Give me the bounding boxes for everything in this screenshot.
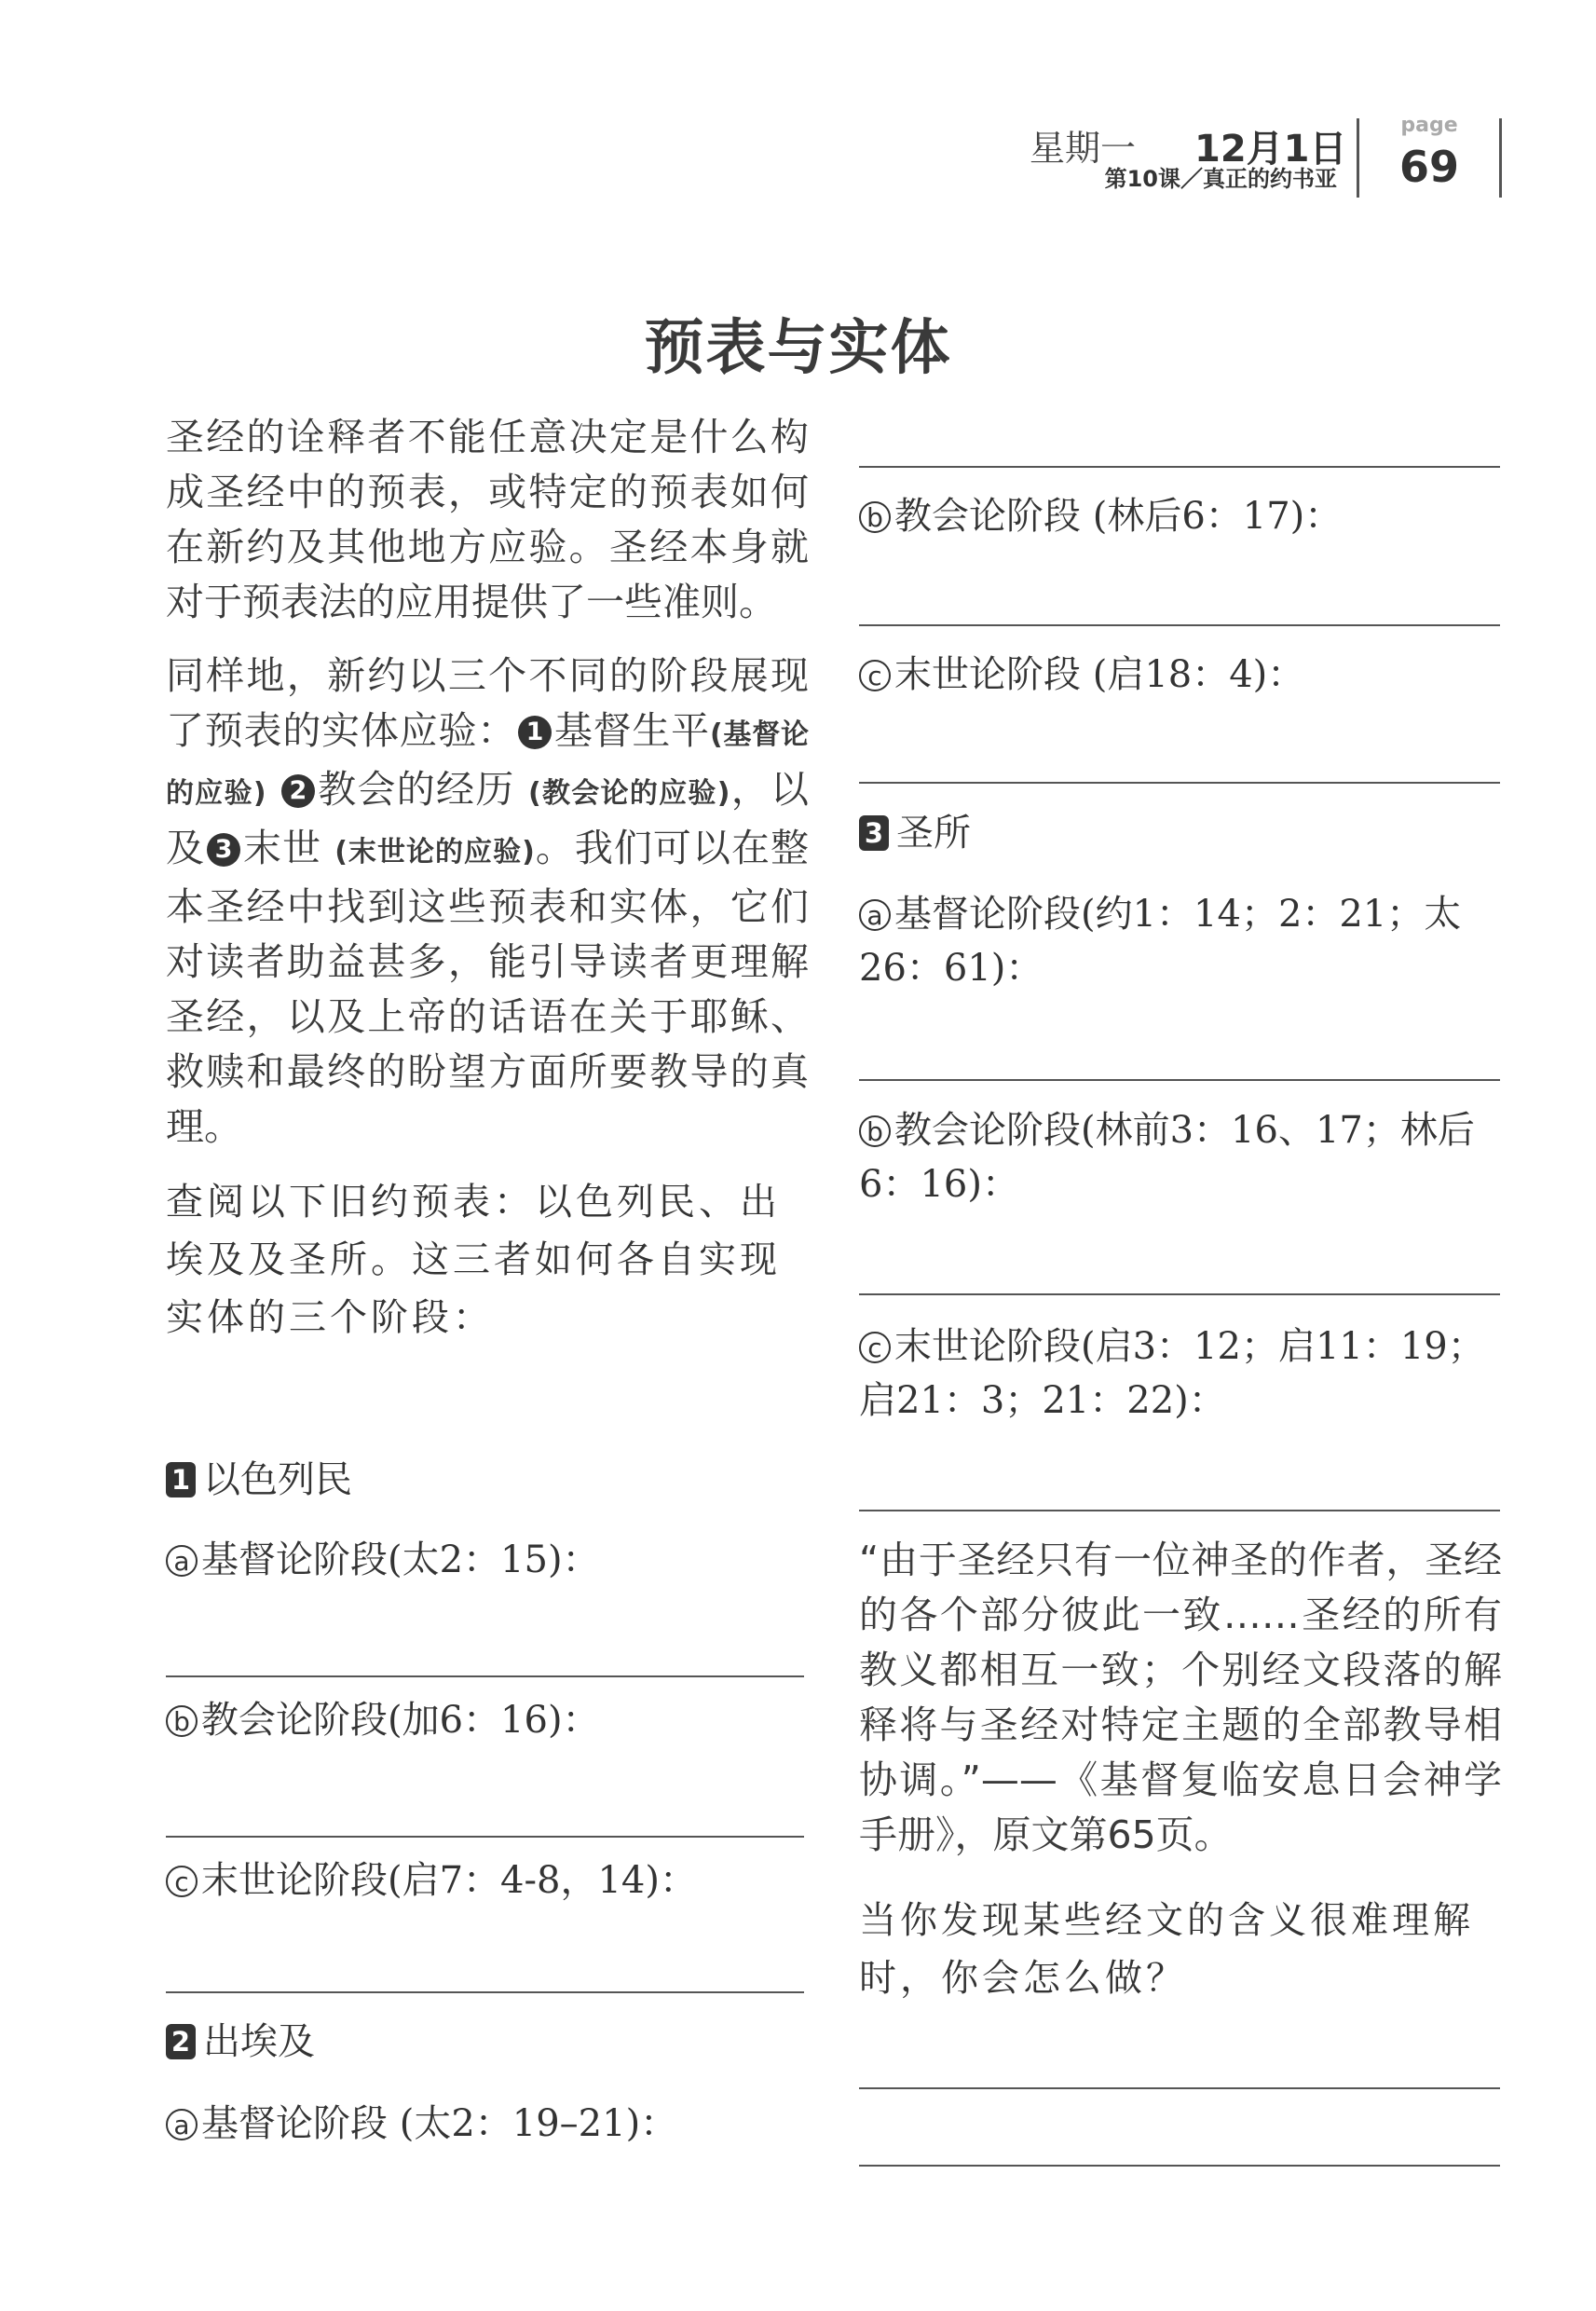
prompt-text: 教会论阶段(林前3：16、17；林后6：16)：	[859, 1109, 1475, 1206]
section-heading-text: 圣所	[896, 807, 971, 859]
letter-badge: b	[859, 1115, 891, 1147]
intro-paragraph: 圣经的诠释者不能任意决定是什么构成圣经中的预表，或特定的预表如何在新约及其他地方…	[166, 410, 809, 630]
stage-2-note: (教会论的应验)	[528, 777, 730, 810]
prompt-3a: a基督论阶段(约1：14；2：21；太26：61)：	[859, 887, 1502, 995]
left-column: 圣经的诠释者不能任意决定是什么构成圣经中的预表，或特定的预表如何在新约及其他地方…	[166, 410, 809, 1347]
prompt-3c: c末世论阶段(启3：12；启11：19；启21：3；21：22)：	[859, 1320, 1502, 1428]
prompt-2b: b教会论阶段 (林后6：17)：	[859, 489, 1342, 543]
header-divider	[1357, 118, 1359, 198]
page-number: 69	[1383, 142, 1476, 192]
stage-1: 基督生平	[553, 708, 710, 753]
prompt-text: 基督论阶段(太2：15)：	[201, 1538, 600, 1581]
prompt-3b: b教会论阶段(林前3：16、17；林后6：16)：	[859, 1103, 1502, 1211]
number-badge-1: 1	[518, 716, 552, 749]
reflection-question: 当你发现某些经文的含义很难理解时，你会怎么做？	[859, 1892, 1502, 2007]
letter-badge: a	[859, 899, 891, 931]
section-heading-text: 出埃及	[203, 2016, 315, 2068]
letter-badge: c	[166, 1866, 198, 1897]
page-title: 预表与实体	[0, 300, 1596, 386]
answer-line[interactable]	[859, 466, 1500, 468]
prompt-text: 基督论阶段(约1：14；2：21；太26：61)：	[859, 893, 1461, 990]
page-label: page	[1383, 114, 1476, 137]
prompt-2c: c末世论阶段 (启18：4)：	[859, 648, 1304, 702]
letter-badge: b	[859, 501, 891, 533]
section-number-badge: 3	[859, 815, 889, 851]
prompt-1c: c末世论阶段(启7：4-8，14)：	[166, 1853, 697, 1908]
prompt-1a: a基督论阶段(太2：15)：	[166, 1533, 600, 1587]
answer-line[interactable]	[859, 1510, 1500, 1511]
prompt-2a: a基督论阶段 (太2：19–21)：	[166, 2097, 677, 2151]
prompt-text: 教会论阶段 (林后6：17)：	[894, 495, 1342, 538]
section-heading-text: 以色列民	[203, 1454, 352, 1506]
answer-line[interactable]	[859, 1079, 1500, 1081]
stage-2: 教会的经历	[317, 767, 515, 812]
prompt-text: 末世论阶段(启3：12；启11：19；启21：3；21：22)：	[859, 1325, 1485, 1422]
number-badge-2: 2	[281, 774, 315, 808]
answer-line[interactable]	[859, 2165, 1500, 2167]
section-heading-2: 2 出埃及	[166, 2016, 315, 2068]
section-heading-1: 1 以色列民	[166, 1454, 352, 1506]
prompt-text: 末世论阶段 (启18：4)：	[894, 653, 1304, 696]
prompt-text: 基督论阶段 (太2：19–21)：	[201, 2102, 677, 2145]
answer-line[interactable]	[859, 2087, 1500, 2089]
prompt-text: 教会论阶段(加6：16)：	[201, 1699, 600, 1742]
stage-3: 末世	[242, 826, 321, 870]
answer-line[interactable]	[166, 1991, 804, 1993]
letter-badge: c	[859, 660, 891, 691]
letter-badge: a	[166, 2109, 198, 2140]
answer-line[interactable]	[166, 1675, 804, 1677]
answer-line[interactable]	[859, 782, 1500, 784]
letter-badge: a	[166, 1545, 198, 1577]
stage-3-note: (末世论的应验)	[334, 836, 535, 868]
answer-line[interactable]	[166, 1836, 804, 1838]
letter-badge: b	[166, 1705, 198, 1737]
stages-paragraph: 同样地，新约以三个不同的阶段展现了预表的实体应验：1基督生平(基督论的应验) 2…	[166, 649, 809, 1155]
number-badge-3: 3	[207, 833, 240, 867]
header-divider-right	[1499, 118, 1502, 198]
text: 。我们可以在整本圣经中找到这些预表和实体，它们对读者助益甚多，能引导读者更理解圣…	[166, 826, 809, 1149]
section-heading-3: 3 圣所	[859, 807, 971, 859]
prompt-text: 末世论阶段(启7：4-8，14)：	[201, 1859, 697, 1902]
study-question: 查阅以下旧约预表：以色列民、出埃及及圣所。这三者如何各自实现实体的三个阶段：	[166, 1173, 809, 1347]
answer-line[interactable]	[859, 624, 1500, 626]
quote-block: “由于圣经只有一位神圣的作者，圣经的各个部分彼此一致……圣经的所有教义都相互一致…	[859, 1533, 1502, 1863]
section-number-badge: 2	[166, 2024, 196, 2059]
lesson-title: 第10课／真正的约书亚	[1081, 160, 1337, 193]
answer-line[interactable]	[859, 1293, 1500, 1295]
section-number-badge: 1	[166, 1462, 196, 1497]
prompt-1b: b教会论阶段(加6：16)：	[166, 1693, 600, 1747]
letter-badge: c	[859, 1332, 891, 1363]
